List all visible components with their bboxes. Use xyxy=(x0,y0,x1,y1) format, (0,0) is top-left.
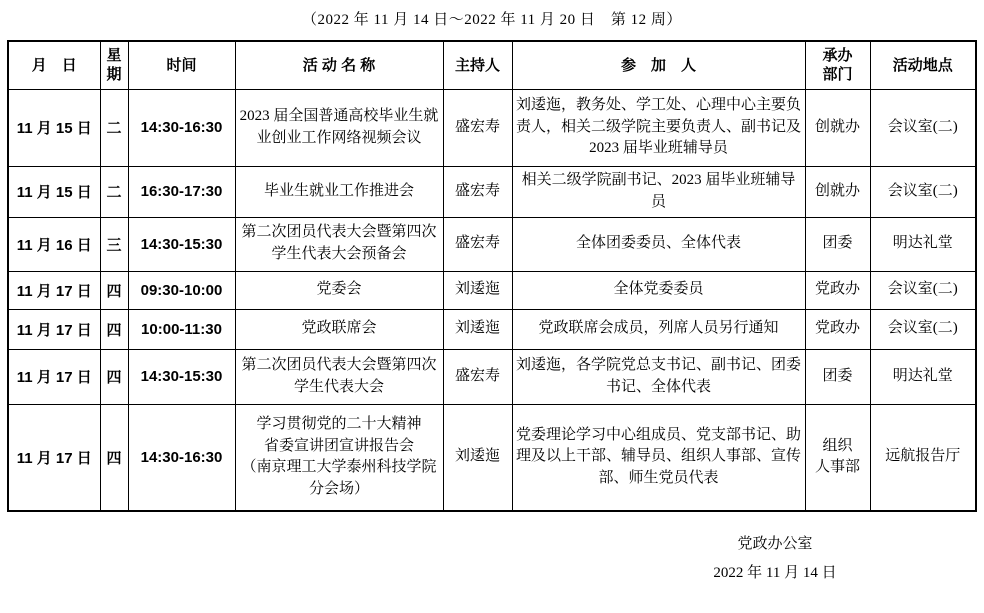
cell-date: 11 月 16 日 xyxy=(8,217,100,271)
col-header-host: 主持人 xyxy=(443,41,512,89)
cell-weekday: 四 xyxy=(100,271,128,309)
table-row: 11 月 17 日 四 14:30-15:30 第二次团员代表大会暨第四次学生代… xyxy=(8,349,976,404)
cell-activity: 党委会 xyxy=(235,271,443,309)
cell-department: 创就办 xyxy=(805,89,870,166)
footer-signature: 党政办公室 2022 年 11 月 14 日 xyxy=(630,530,920,588)
cell-weekday: 四 xyxy=(100,349,128,404)
cell-activity: 第二次团员代表大会暨第四次学生代表大会 xyxy=(235,349,443,404)
cell-participants: 全体团委委员、全体代表 xyxy=(512,217,805,271)
cell-time: 10:00-11:30 xyxy=(128,309,235,349)
cell-time: 09:30-10:00 xyxy=(128,271,235,309)
cell-department: 团委 xyxy=(805,217,870,271)
footer-date: 2022 年 11 月 14 日 xyxy=(630,559,920,588)
cell-host: 盛宏寿 xyxy=(443,217,512,271)
cell-location: 明达礼堂 xyxy=(870,217,976,271)
cell-time: 14:30-15:30 xyxy=(128,217,235,271)
cell-department: 创就办 xyxy=(805,166,870,217)
cell-activity: 党政联席会 xyxy=(235,309,443,349)
table-row: 11 月 15 日 二 14:30-16:30 2023 届全国普通高校毕业生就… xyxy=(8,89,976,166)
header-row: 月 日 星 期 时间 活 动 名 称 主持人 参 加 人 承办 部门 活动地点 xyxy=(8,41,976,89)
cell-weekday: 二 xyxy=(100,166,128,217)
cell-weekday: 二 xyxy=(100,89,128,166)
cell-department: 组织 人事部 xyxy=(805,404,870,511)
cell-date: 11 月 15 日 xyxy=(8,166,100,217)
cell-participants: 刘逶迤，各学院党总支书记、副书记、团委书记、全体代表 xyxy=(512,349,805,404)
cell-date: 11 月 17 日 xyxy=(8,271,100,309)
schedule-table: 月 日 星 期 时间 活 动 名 称 主持人 参 加 人 承办 部门 活动地点 … xyxy=(7,40,977,512)
cell-weekday: 四 xyxy=(100,309,128,349)
table-row: 11 月 15 日 二 16:30-17:30 毕业生就业工作推进会 盛宏寿 相… xyxy=(8,166,976,217)
cell-participants: 党委理论学习中心组成员、党支部书记、助理及以上干部、辅导员、组织人事部、宣传部、… xyxy=(512,404,805,511)
cell-time: 16:30-17:30 xyxy=(128,166,235,217)
cell-participants: 全体党委委员 xyxy=(512,271,805,309)
cell-department: 团委 xyxy=(805,349,870,404)
col-header-location: 活动地点 xyxy=(870,41,976,89)
cell-activity: 第二次团员代表大会暨第四次学生代表大会预备会 xyxy=(235,217,443,271)
cell-time: 14:30-15:30 xyxy=(128,349,235,404)
table-row: 11 月 16 日 三 14:30-15:30 第二次团员代表大会暨第四次学生代… xyxy=(8,217,976,271)
col-header-department: 承办 部门 xyxy=(805,41,870,89)
cell-host: 盛宏寿 xyxy=(443,349,512,404)
cell-host: 刘逶迤 xyxy=(443,404,512,511)
col-header-date: 月 日 xyxy=(8,41,100,89)
cell-location: 会议室(二) xyxy=(870,166,976,217)
col-header-participants: 参 加 人 xyxy=(512,41,805,89)
cell-location: 会议室(二) xyxy=(870,89,976,166)
col-header-activity: 活 动 名 称 xyxy=(235,41,443,89)
cell-location: 会议室(二) xyxy=(870,271,976,309)
cell-host: 刘逶迤 xyxy=(443,309,512,349)
cell-location: 远航报告厅 xyxy=(870,404,976,511)
table-row: 11 月 17 日 四 10:00-11:30 党政联席会 刘逶迤 党政联席会成… xyxy=(8,309,976,349)
footer-office: 党政办公室 xyxy=(630,530,920,559)
cell-location: 会议室(二) xyxy=(870,309,976,349)
cell-activity: 毕业生就业工作推进会 xyxy=(235,166,443,217)
cell-date: 11 月 17 日 xyxy=(8,349,100,404)
cell-location: 明达礼堂 xyxy=(870,349,976,404)
cell-date: 11 月 15 日 xyxy=(8,89,100,166)
page-title: （2022 年 11 月 14 日～2022 年 11 月 20 日 第 12 … xyxy=(0,8,984,29)
cell-participants: 相关二级学院副书记、2023 届毕业班辅导员 xyxy=(512,166,805,217)
cell-weekday: 四 xyxy=(100,404,128,511)
cell-weekday: 三 xyxy=(100,217,128,271)
cell-host: 盛宏寿 xyxy=(443,166,512,217)
cell-department: 党政办 xyxy=(805,309,870,349)
table-row: 11 月 17 日 四 09:30-10:00 党委会 刘逶迤 全体党委委员 党… xyxy=(8,271,976,309)
cell-department: 党政办 xyxy=(805,271,870,309)
cell-date: 11 月 17 日 xyxy=(8,309,100,349)
col-header-time: 时间 xyxy=(128,41,235,89)
table-row: 11 月 17 日 四 14:30-16:30 学习贯彻党的二十大精神 省委宣讲… xyxy=(8,404,976,511)
cell-activity: 学习贯彻党的二十大精神 省委宣讲团宣讲报告会 （南京理工大学泰州科技学院分会场） xyxy=(235,404,443,511)
cell-host: 刘逶迤 xyxy=(443,271,512,309)
cell-time: 14:30-16:30 xyxy=(128,404,235,511)
cell-participants: 党政联席会成员，列席人员另行通知 xyxy=(512,309,805,349)
cell-date: 11 月 17 日 xyxy=(8,404,100,511)
col-header-weekday: 星 期 xyxy=(100,41,128,89)
cell-participants: 刘逶迤，教务处、学工处、心理中心主要负责人，相关二级学院主要负责人、副书记及 2… xyxy=(512,89,805,166)
cell-activity: 2023 届全国普通高校毕业生就业创业工作网络视频会议 xyxy=(235,89,443,166)
cell-time: 14:30-16:30 xyxy=(128,89,235,166)
cell-host: 盛宏寿 xyxy=(443,89,512,166)
